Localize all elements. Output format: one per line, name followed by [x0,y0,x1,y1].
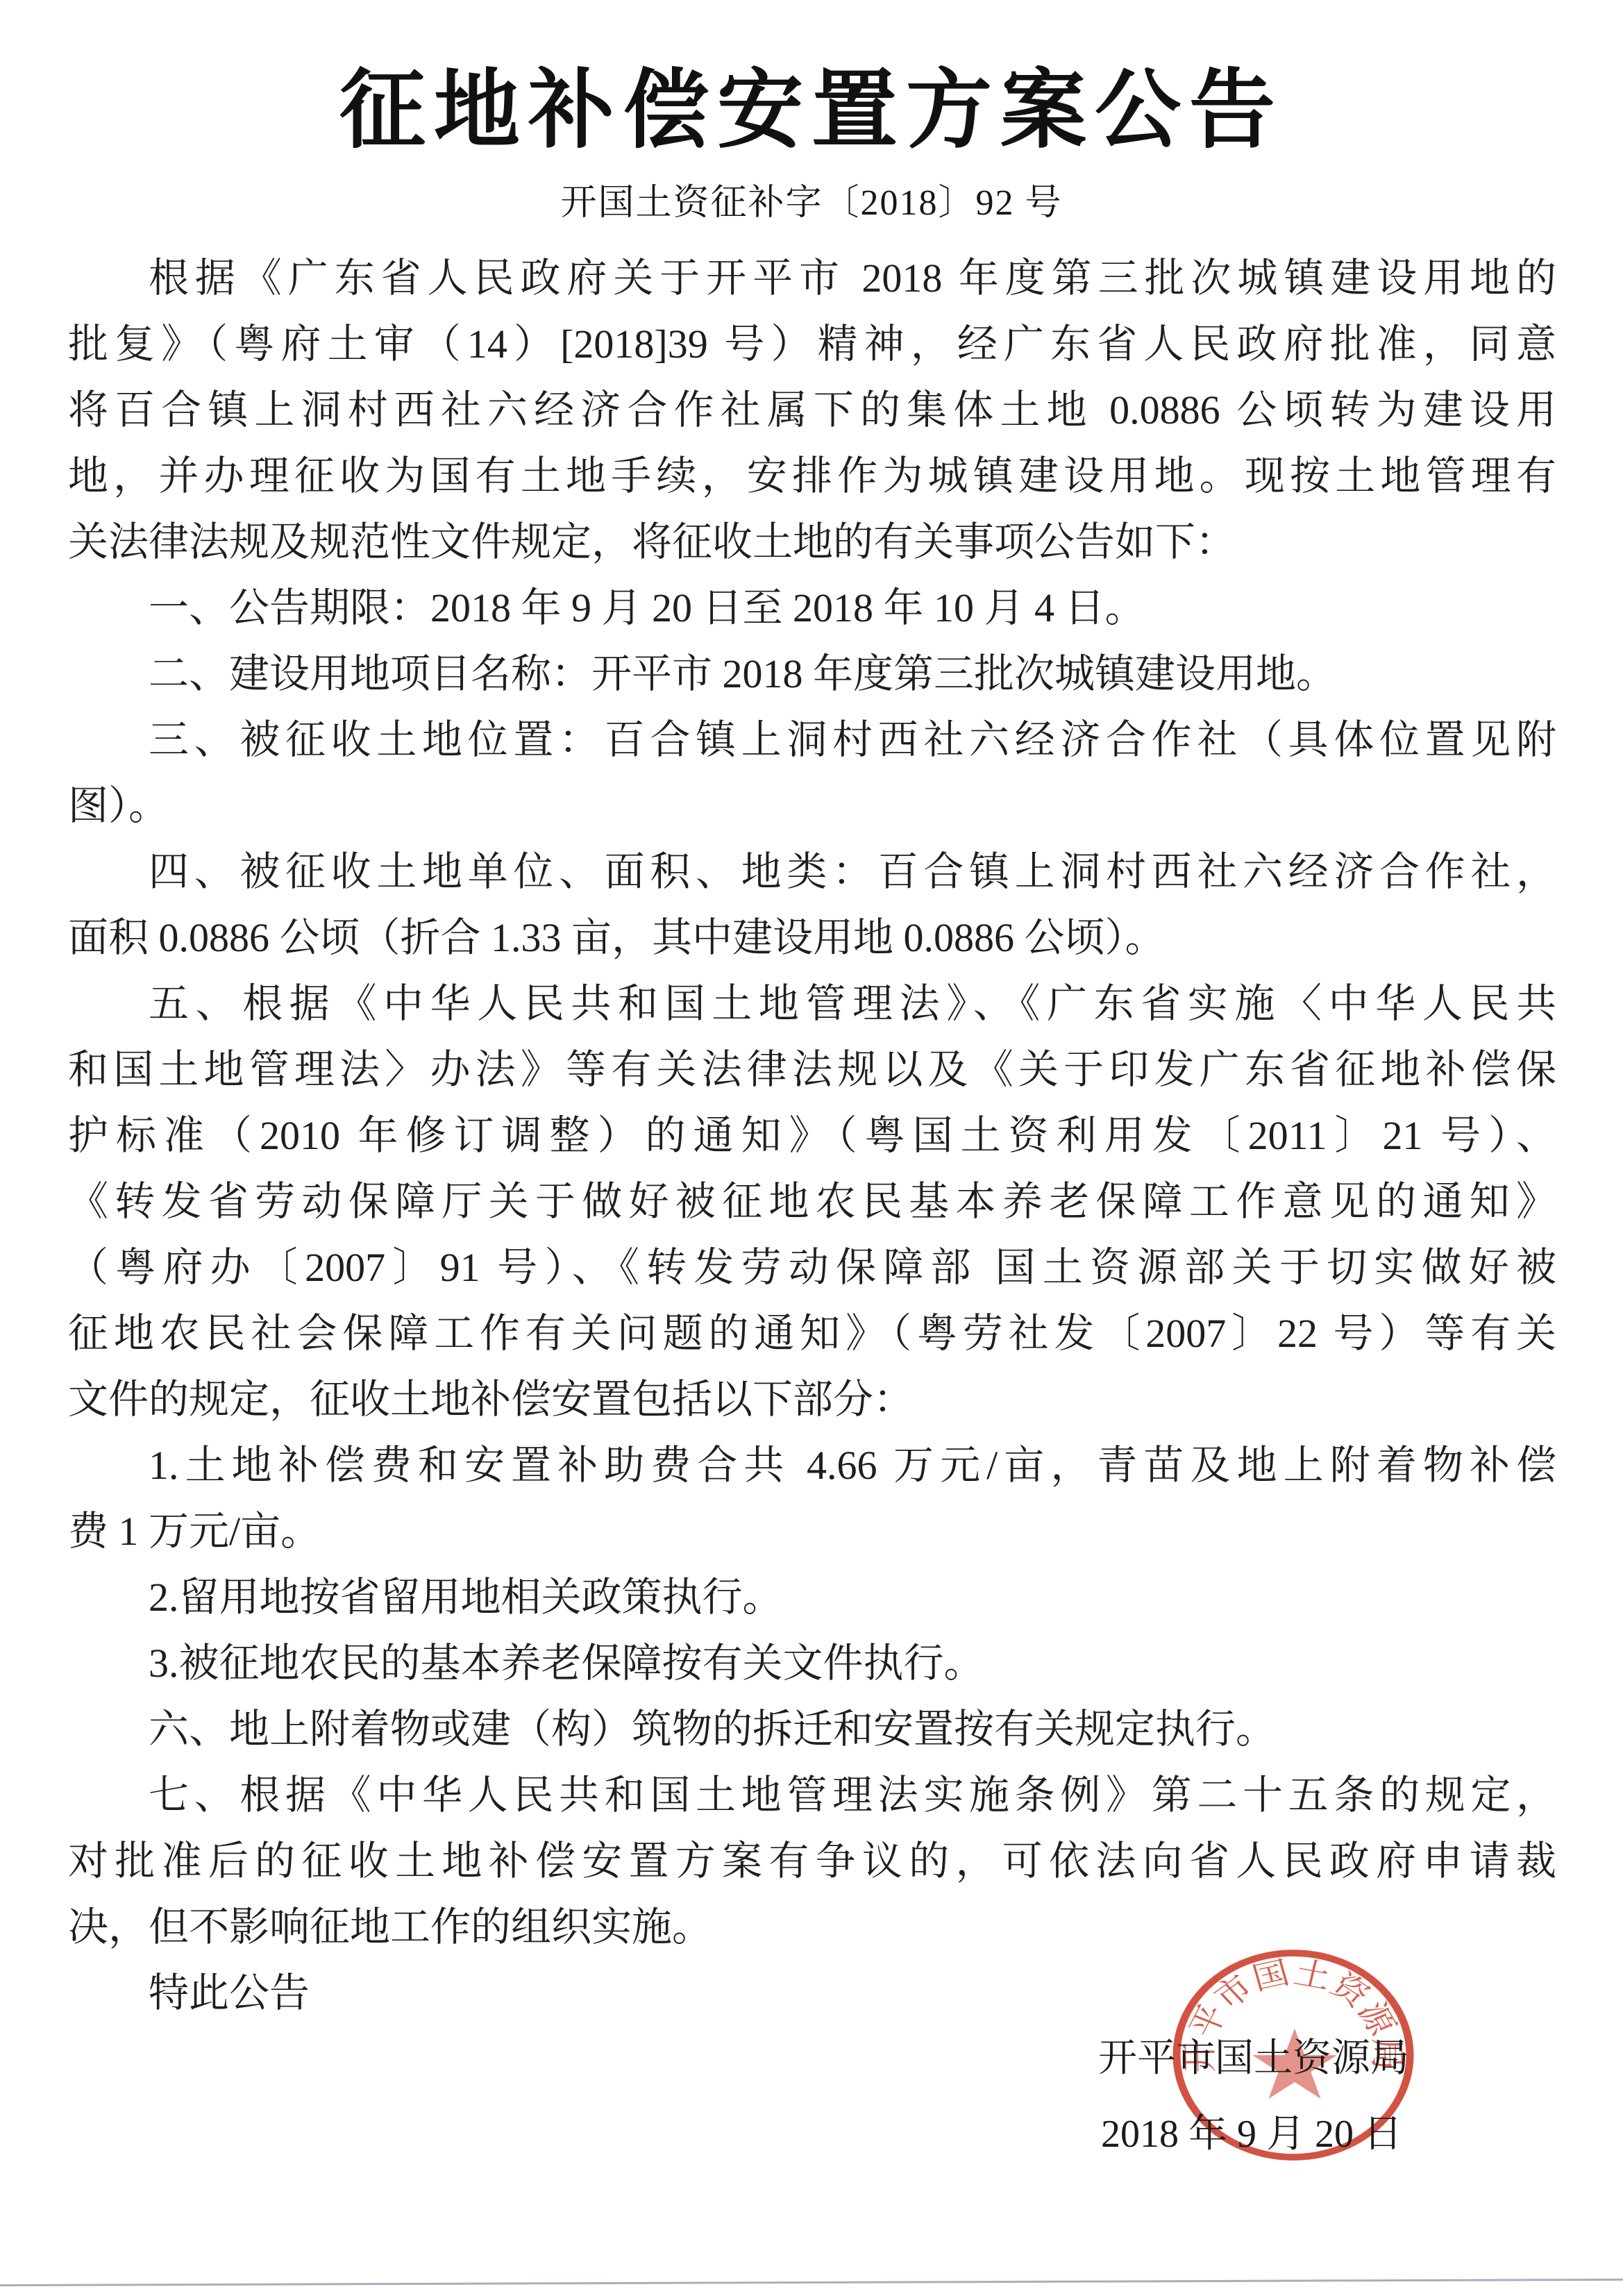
issue-date: 2018 年 9 月 20 日 [68,2102,1556,2168]
body-line: 决，但不影响征地工作的组织实施。 [68,1894,1556,1960]
document-body: 根据《广东省人民政府关于开平市 2018 年度第三批次城镇建设用地的批复》（粤府… [68,245,1556,2168]
body-line: 和国土地管理法〉办法》等有关法律法规以及《关于印发广东省征地补偿保 [68,1037,1556,1103]
body-line: 《转发省劳动保障厅关于做好被征地农民基本养老保障工作意见的通知》 [68,1168,1556,1234]
body-line: 二、建设用地项目名称：开平市 2018 年度第三批次城镇建设用地。 [68,641,1556,707]
body-line: （粤府办〔2007〕91 号）、《转发劳动保障部 国土资源部关于切实做好被 [68,1234,1556,1300]
body-line: 对批准后的征收土地补偿安置方案有争议的，可依法向省人民政府申请裁 [68,1828,1556,1894]
body-line: 图）。 [68,773,1556,839]
announcement-page: 征地补偿安置方案公告 开国土资征补字〔2018〕92 号 开平市国土资源局 根据… [0,0,1623,2296]
document-title: 征地补偿安置方案公告 [0,60,1623,163]
body-line: 3.被征地农民的基本养老保障按有关文件执行。 [68,1630,1556,1696]
body-line: 一、公告期限：2018 年 9 月 20 日至 2018 年 10 月 4 日。 [68,575,1556,641]
body-line: 七、根据《中华人民共和国土地管理法实施条例》第二十五条的规定， [68,1762,1556,1828]
body-line: 三、被征收土地位置：百合镇上洞村西社六经济合作社（具体位置见附 [68,707,1556,773]
document-body-lines: 根据《广东省人民政府关于开平市 2018 年度第三批次城镇建设用地的批复》（粤府… [68,245,1556,2026]
issuer-signature: 开平市国土资源局 [68,2026,1556,2092]
body-line: 2.留用地按省留用地相关政策执行。 [68,1564,1556,1630]
body-line: 护标准（2010 年修订调整）的通知》（粤国土资利用发〔2011〕21 号）、 [68,1103,1556,1168]
scan-artifact-line [0,2279,1623,2286]
body-line: 1.土地补偿费和安置补助费合共 4.66 万元/亩，青苗及地上附着物补偿 [68,1432,1556,1498]
body-line: 关法律法规及规范性文件规定，将征收土地的有关事项公告如下： [68,509,1556,575]
body-line: 特此公告 [68,1960,1556,2026]
body-line: 六、地上附着物或建（构）筑物的拆迁和安置按有关规定执行。 [68,1696,1556,1762]
body-line: 根据《广东省人民政府关于开平市 2018 年度第三批次城镇建设用地的 [68,245,1556,311]
body-line: 四、被征收土地单位、面积、地类：百合镇上洞村西社六经济合作社， [68,839,1556,905]
body-line: 批复》（粤府土审（14）[2018]39 号）精神，经广东省人民政府批准，同意 [68,311,1556,377]
body-line: 五、根据《中华人民共和国土地管理法》、《广东省实施〈中华人民共 [68,971,1556,1037]
body-line: 文件的规定，征收土地补偿安置包括以下部分： [68,1366,1556,1432]
document-number: 开国土资征补字〔2018〕92 号 [0,181,1623,226]
body-line: 将百合镇上洞村西社六经济合作社属下的集体土地 0.0886 公顷转为建设用 [68,377,1556,443]
body-line: 地，并办理征收为国有土地手续，安排作为城镇建设用地。现按土地管理有 [68,443,1556,509]
body-line: 面积 0.0886 公顷（折合 1.33 亩，其中建设用地 0.0886 公顷）… [68,905,1556,971]
body-line: 费 1 万元/亩。 [68,1498,1556,1564]
body-line: 征地农民社会保障工作有关问题的通知》（粤劳社发〔2007〕22 号）等有关 [68,1300,1556,1366]
